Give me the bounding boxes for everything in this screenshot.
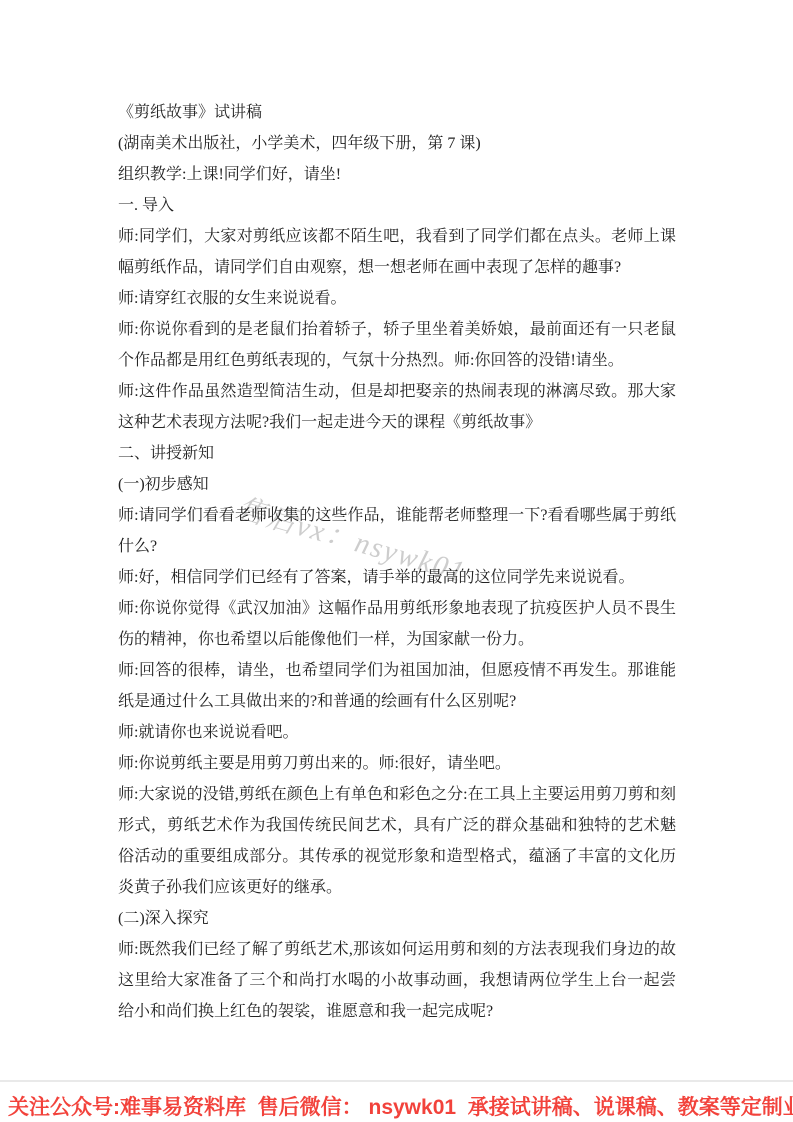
text-line: (一)初步感知 (118, 469, 676, 500)
document-page: 售后vx：nsywk01 《剪纸故事》试讲稿(湖南美术出版社，小学美术，四年级下… (0, 0, 793, 1122)
text-line: 师:同学们，大家对剪纸应该都不陌生吧，我看到了同学们都在点头。老师上课之前做了几 (118, 221, 676, 252)
footer-text: 关注公众号:难事易资料库 售后微信： nsywk01 承接试讲稿、说课稿、教案等… (8, 1091, 793, 1121)
text-line: 《剪纸故事》试讲稿 (118, 97, 676, 128)
text-line: 组织教学:上课!同学们好，请坐! (118, 159, 676, 190)
text-line: 给小和尚们换上红色的袈裟，谁愿意和我一起完成呢? (118, 996, 676, 1027)
text-line: 师:这件作品虽然造型简洁生动，但是却把娶亲的热闹表现的淋漓尽致。那大家想不想学习 (118, 376, 676, 407)
text-line: 形式，剪纸艺术作为我国传统民间艺术，具有广泛的群众基础和独特的艺术魅力，是各种民 (118, 810, 676, 841)
text-line: 个作品都是用红色剪纸表现的，气氛十分热烈。师:你回答的没错!请坐。 (118, 345, 676, 376)
text-line: 师:大家说的没错,剪纸在颜色上有单色和彩色之分:在工具上主要运用剪刀剪和刻刀刻两… (118, 779, 676, 810)
text-line: 二、讲授新知 (118, 438, 676, 469)
text-line: 师:请穿红衣服的女生来说说看。 (118, 283, 676, 314)
text-line: 幅剪纸作品，请同学们自由观察，想一想老师在画中表现了怎样的趣事? (118, 252, 676, 283)
text-line: 伤的精神，你也希望以后能像他们一样，为国家献一份力。 (118, 624, 676, 655)
text-line: 纸是通过什么工具做出来的?和普通的绘画有什么区别呢? (118, 686, 676, 717)
text-line: (湖南美术出版社，小学美术，四年级下册，第 7 课) (118, 128, 676, 159)
text-line: 炎黄子孙我们应该更好的继承。 (118, 872, 676, 903)
document-content: 《剪纸故事》试讲稿(湖南美术出版社，小学美术，四年级下册，第 7 课)组织教学:… (118, 97, 676, 1027)
text-line: 什么? (118, 531, 676, 562)
text-line: 师:请同学们看看老师收集的这些作品，谁能帮老师整理一下?看看哪些属于剪纸作品呢?… (118, 500, 676, 531)
text-line: 师:既然我们已经了解了剪纸艺术,那该如何运用剪和刻的方法表现我们身边的故事呢?老… (118, 934, 676, 965)
text-line: 师:就请你也来说说看吧。 (118, 717, 676, 748)
text-line: 师:回答的很棒，请坐，也希望同学们为祖国加油，但愿疫情不再发生。那谁能告诉老师剪 (118, 655, 676, 686)
text-line: 师:好，相信同学们已经有了答案，请手举的最高的这位同学先来说说看。 (118, 562, 676, 593)
text-line: 俗活动的重要组成部分。其传承的视觉形象和造型格式，蕴涵了丰富的文化历史信息，作为 (118, 841, 676, 872)
text-line: 这里给大家准备了三个和尚打水喝的小故事动画，我想请两位学生上台一起尝试剪刻外形， (118, 965, 676, 996)
text-line: 师:你说剪纸主要是用剪刀剪出来的。师:很好，请坐吧。 (118, 748, 676, 779)
text-line: 这种艺术表现方法呢?我们一起走进今天的课程《剪纸故事》 (118, 407, 676, 438)
text-line: 师:你说你看到的是老鼠们抬着轿子，轿子里坐着美娇娘，最前面还有一只老鼠在吹喷呐;… (118, 314, 676, 345)
footer-banner: 关注公众号:难事易资料库 售后微信： nsywk01 承接试讲稿、说课稿、教案等… (0, 1090, 793, 1122)
text-line: 一. 导入 (118, 190, 676, 221)
page-bottom-shadow (0, 1080, 793, 1082)
text-line: 师:你说你觉得《武汉加油》这幅作品用剪纸形象地表现了抗疫医护人员不畏生死，救死扶 (118, 593, 676, 624)
text-line: (二)深入探究 (118, 903, 676, 934)
